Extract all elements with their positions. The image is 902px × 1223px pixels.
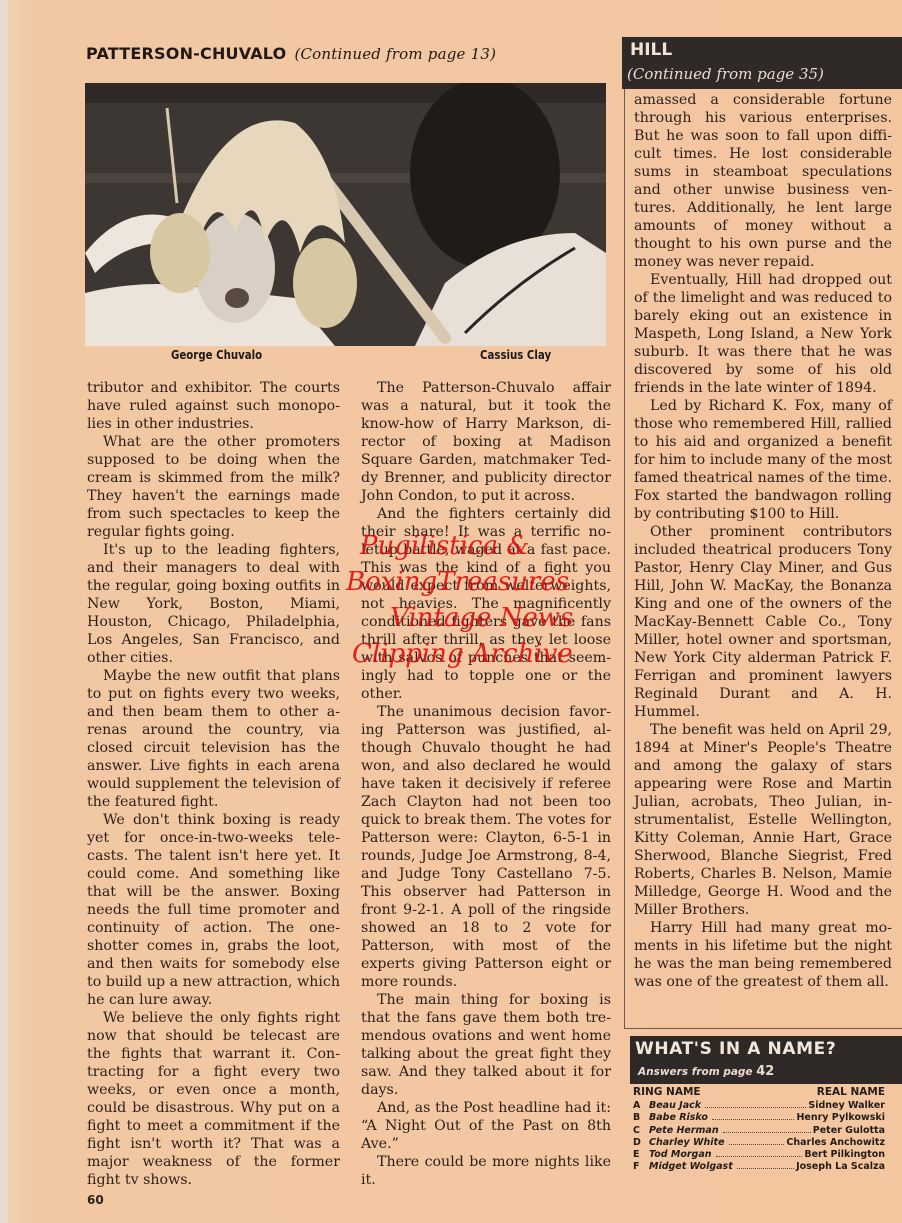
hill-title: HILL xyxy=(630,40,672,60)
leader-dots xyxy=(723,1132,811,1133)
quiz-subtitle: Answers from page 42 xyxy=(638,1064,774,1079)
hill-sidebar-header: HILL (Continued from page 35) xyxy=(622,37,902,89)
paragraph: There could be more nights like it. xyxy=(361,1153,611,1189)
leader-dots xyxy=(705,1107,806,1108)
paragraph: We don't think boxing is ready yet for o… xyxy=(87,811,340,1009)
paragraph: Eventually, Hill had dropped out of the … xyxy=(634,271,892,397)
column-ring-name: RING NAME xyxy=(633,1086,701,1098)
ring-names-table: RING NAME REAL NAME A Beau Jack Sidney W… xyxy=(633,1086,885,1174)
sidebar-divider-vertical xyxy=(624,89,625,1029)
paragraph: The unanimous decision favor­ing Patters… xyxy=(361,703,611,991)
paragraph: Harry Hill had many great mo­ments in hi… xyxy=(634,919,892,991)
article-column-2: The Patterson-Chuvalo affair was a natur… xyxy=(361,379,611,1189)
caption-george-chuvalo: George Chuvalo xyxy=(171,348,262,362)
article-column-1: tributor and exhibitor. The courts have … xyxy=(87,379,340,1189)
article-headline: PATTERSON-CHUVALO(Continued from page 13… xyxy=(86,44,496,63)
whats-in-a-name-header: WHAT'S IN A NAME? Answers from page 42 xyxy=(630,1036,902,1084)
column-real-name: REAL NAME xyxy=(817,1086,885,1098)
leader-dots xyxy=(712,1119,795,1120)
page-number: 60 xyxy=(87,1193,104,1207)
table-row: C Pete Herman Peter Gulotta xyxy=(633,1125,885,1137)
leader-dots xyxy=(737,1168,794,1169)
paragraph: And the fighters certainly did their sha… xyxy=(361,505,611,703)
paragraph: amassed a considerable fortune through h… xyxy=(634,91,892,271)
hill-sidebar-column: amassed a considerable fortune through h… xyxy=(634,91,892,991)
table-row: D Charley White Charles Anchowitz xyxy=(633,1137,885,1149)
sidebar-divider-horizontal xyxy=(624,1028,902,1029)
caption-cassius-clay: Cassius Clay xyxy=(480,348,551,362)
headline-title: PATTERSON-CHUVALO xyxy=(86,44,286,63)
paragraph: The benefit was held on April 29, 1894 a… xyxy=(634,721,892,919)
quiz-answer-page: 42 xyxy=(756,1064,774,1079)
magazine-page: PATTERSON-CHUVALO(Continued from page 13… xyxy=(0,0,902,1223)
leader-dots xyxy=(716,1156,803,1157)
paragraph: And, as the Post headline had it: “A Nig… xyxy=(361,1099,611,1153)
paragraph: What are the other promoters supposed to… xyxy=(87,433,340,541)
table-header: RING NAME REAL NAME xyxy=(633,1086,885,1098)
paragraph: The main thing for boxing is that the fa… xyxy=(361,991,611,1099)
photo-chuvalo-clay-illustration xyxy=(85,83,606,346)
paragraph: Maybe the new outfit that plans to put o… xyxy=(87,667,340,811)
headline-continued: (Continued from page 13) xyxy=(294,45,496,63)
quiz-title: WHAT'S IN A NAME? xyxy=(635,1039,836,1059)
paragraph: tributor and exhibitor. The courts have … xyxy=(87,379,340,433)
paragraph: Led by Richard K. Fox, many of those who… xyxy=(634,397,892,523)
paragraph: It's up to the leading fighters, and the… xyxy=(87,541,340,667)
table-row: E Tod Morgan Bert Pilkington xyxy=(633,1149,885,1161)
hill-continued: (Continued from page 35) xyxy=(627,65,824,83)
table-row: F Midget Wolgast Joseph La Scalza xyxy=(633,1161,885,1173)
table-row: A Beau Jack Sidney Walker xyxy=(633,1100,885,1112)
page-edge xyxy=(0,0,8,1223)
article-photo xyxy=(85,83,606,346)
table-row: B Babe Risko Henry Pylkowski xyxy=(633,1112,885,1124)
paragraph: The Patterson-Chuvalo affair was a natur… xyxy=(361,379,611,505)
leader-dots xyxy=(729,1144,785,1145)
paragraph: Other prominent contributors included th… xyxy=(634,523,892,721)
paragraph: We believe the only fights right now tha… xyxy=(87,1009,340,1189)
